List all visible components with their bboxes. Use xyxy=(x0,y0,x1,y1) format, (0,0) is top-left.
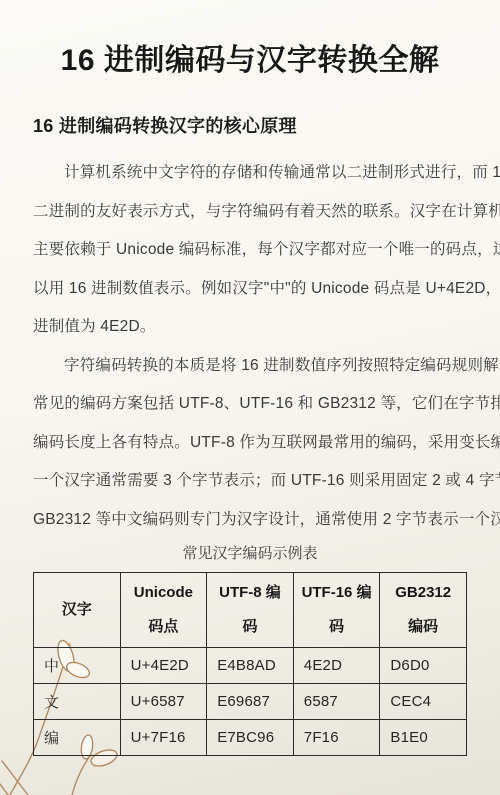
branch-corner-stem xyxy=(2,761,28,795)
table-caption: 常见汉字编码示例表 xyxy=(33,545,467,563)
page-title: 16 进制编码与汉字转换全解 xyxy=(33,42,467,80)
cell-hanzi: 中 xyxy=(34,648,121,684)
paragraph-line: 进制值为 4E2D。 xyxy=(33,308,467,347)
cell-utf16: 7F16 xyxy=(293,720,380,756)
cell-gb2312: D6D0 xyxy=(380,648,467,684)
column-header-hanzi: 汉字 xyxy=(34,573,121,648)
paragraph-line: GB2312 等中文编码则专门为汉字设计，通常使用 2 字节表示一个汉字。 xyxy=(33,501,467,540)
cell-unicode: U+4E2D xyxy=(120,648,207,684)
document-page: 16 进制编码与汉字转换全解 16 进制编码转换汉字的核心原理 计算机系统中文字… xyxy=(33,0,467,756)
cell-unicode: U+6587 xyxy=(120,684,207,720)
table-row: 文 U+6587 E69687 6587 CEC4 xyxy=(34,684,467,720)
table-row: 编 U+7F16 E7BC96 7F16 B1E0 xyxy=(34,720,467,756)
paragraph-line: 一个汉字通常需要 3 个字节表示；而 UTF-16 则采用固定 2 或 4 字节… xyxy=(33,462,467,501)
article-body: 计算机系统中文字符的存储和传输通常以二进制形式进行，而 16 进制作为 二进制的… xyxy=(33,154,467,539)
cell-hanzi: 文 xyxy=(34,684,121,720)
paragraph-line: 计算机系统中文字符的存储和传输通常以二进制形式进行，而 16 进制作为 xyxy=(33,154,467,193)
branch-bottom-stem xyxy=(72,756,90,795)
cell-gb2312: CEC4 xyxy=(380,684,467,720)
cell-unicode: U+7F16 xyxy=(120,720,207,756)
cell-gb2312: B1E0 xyxy=(380,720,467,756)
table-row: 中 U+4E2D E4B8AD 4E2D D6D0 xyxy=(34,648,467,684)
cell-utf8: E4B8AD xyxy=(207,648,294,684)
paragraph-line: 以用 16 进制数值表示。例如汉字"中"的 Unicode 码点是 U+4E2D… xyxy=(33,270,467,309)
cell-utf8: E69687 xyxy=(207,684,294,720)
paragraph-line: 常见的编码方案包括 UTF-8、UTF-16 和 GB2312 等，它们在字节排… xyxy=(33,385,467,424)
column-header-utf8: UTF-8 编码 xyxy=(207,573,294,648)
cell-utf16: 4E2D xyxy=(293,648,380,684)
encoding-table: 汉字 Unicode 码点 UTF-8 编码 UTF-16 编码 GB2312 … xyxy=(33,572,467,756)
paragraph-line: 编码长度上各有特点。UTF-8 作为互联网最常用的编码，采用变长编码方式， xyxy=(33,424,467,463)
cell-hanzi: 编 xyxy=(34,720,121,756)
table-header-row: 汉字 Unicode 码点 UTF-8 编码 UTF-16 编码 GB2312 … xyxy=(34,573,467,648)
paragraph-line: 字符编码转换的本质是将 16 进制数值序列按照特定编码规则解释为字符。 xyxy=(33,347,467,386)
section-heading: 16 进制编码转换汉字的核心原理 xyxy=(33,114,467,138)
column-header-gb2312: GB2312 编码 xyxy=(380,573,467,648)
paragraph-line: 二进制的友好表示方式，与字符编码有着天然的联系。汉字在计算机中的表示 xyxy=(33,193,467,232)
branch-corner-stem-small xyxy=(0,784,8,795)
cell-utf8: E7BC96 xyxy=(207,720,294,756)
column-header-utf16: UTF-16 编码 xyxy=(293,573,380,648)
paragraph-line: 主要依赖于 Unicode 编码标准，每个汉字都对应一个唯一的码点，这个码点可 xyxy=(33,231,467,270)
column-header-unicode: Unicode 码点 xyxy=(120,573,207,648)
cell-utf16: 6587 xyxy=(293,684,380,720)
